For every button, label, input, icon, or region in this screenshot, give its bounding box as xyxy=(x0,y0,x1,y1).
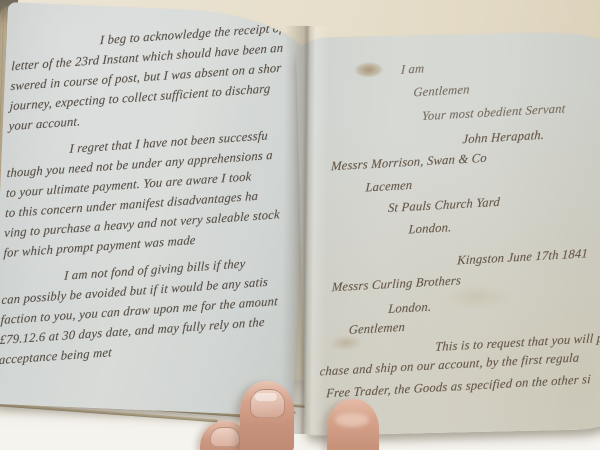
recipient-line: St Pauls Church Yard xyxy=(388,192,501,218)
salutation-line: Gentlemen xyxy=(348,317,405,340)
right-page: I am Gentlemen Your most obedient Servan… xyxy=(296,31,600,436)
letter-paragraph: I am not fond of giving bills if they ca… xyxy=(0,270,310,384)
recipient-line: Messrs Morrison, Swan & Co xyxy=(331,148,488,177)
finger-ring xyxy=(327,399,379,450)
recipient-line: Messrs Curling Brothers xyxy=(331,270,461,297)
left-letter-text: I beg to acknowledge the receipt of yo l… xyxy=(0,36,310,391)
signature-line: John Herapath. xyxy=(462,125,545,150)
letter-line: Gentlemen xyxy=(413,79,470,102)
manuscript-photo-scene: I beg to acknowledge the receipt of yo l… xyxy=(0,0,600,450)
right-letter-text: I am Gentlemen Your most obedient Servan… xyxy=(296,31,600,436)
left-page: I beg to acknowledge the receipt of yo l… xyxy=(0,2,310,416)
fingernail xyxy=(210,427,240,447)
finger-index xyxy=(240,381,294,450)
recipient-line: Lacemen xyxy=(365,175,413,198)
recipient-line: London. xyxy=(408,217,452,239)
fingernail xyxy=(250,389,285,418)
recipient-line: London. xyxy=(388,297,432,319)
letter-line: I am xyxy=(400,58,425,79)
finger-highlight xyxy=(335,413,369,427)
dateline: Kingston June 17th 1841 xyxy=(457,243,589,270)
gutter-shadow xyxy=(281,26,329,434)
letter-line: Your most obedient Servant xyxy=(421,98,565,126)
